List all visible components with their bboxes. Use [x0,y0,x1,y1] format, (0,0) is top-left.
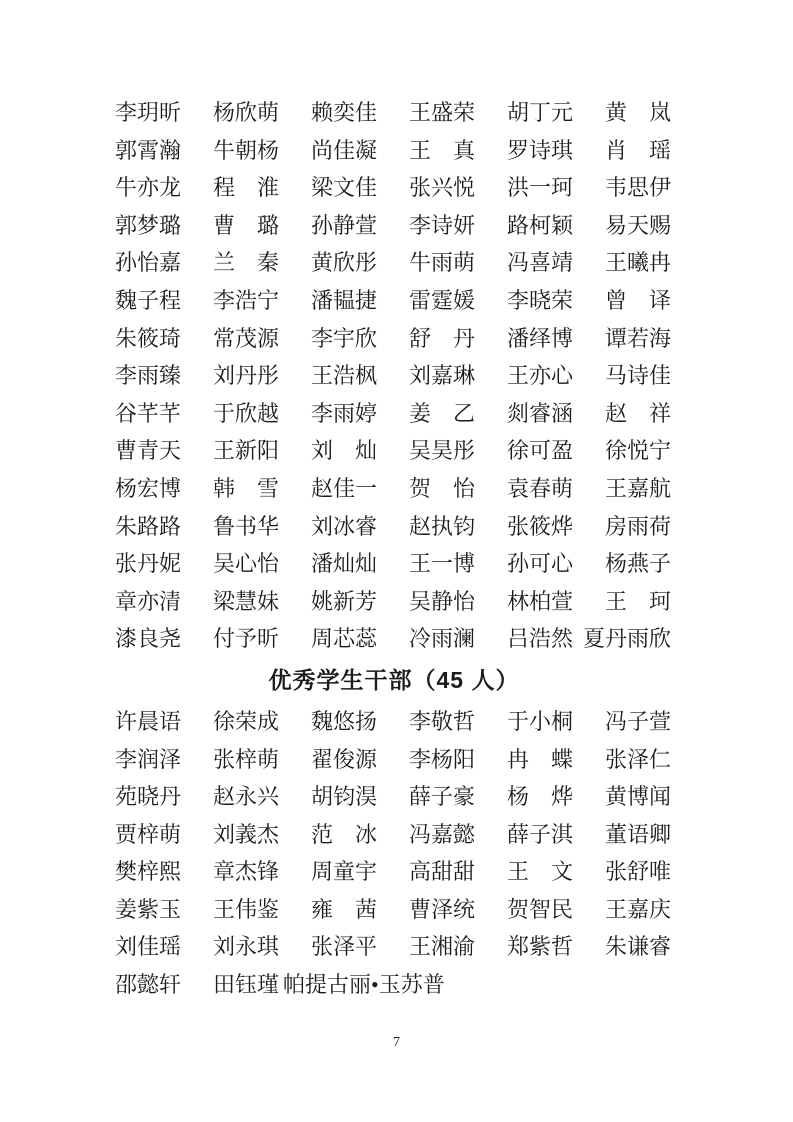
student-name: 朱谦睿 [605,935,671,959]
student-name: 张丹妮 [115,552,181,576]
student-name: 梁文佳 [311,176,377,200]
student-name: 吕浩然 [507,627,573,651]
student-name: 于欣越 [213,402,279,426]
student-name: 王一博 [409,552,475,576]
student-name: 曹青天 [115,439,181,463]
student-name: 黄博闻 [605,785,671,809]
student-name: 贺智民 [507,898,573,922]
student-name: 魏悠扬 [311,710,377,734]
student-name: 雍 茜 [311,898,377,922]
student-name: 周童宇 [311,860,377,884]
student-name: 赵执钧 [409,515,475,539]
student-name: 郭霄瀚 [115,139,181,163]
student-name: 孙怡嘉 [115,251,181,275]
name-row: 李润泽张梓萌翟俊源李杨阳冉 蝶张泽仁 [115,748,673,786]
student-name: 王浩枫 [311,364,377,388]
student-name: 刘冰睿 [311,515,377,539]
student-name: 洪一珂 [507,176,573,200]
name-row: 李玥昕杨欣萌赖奕佳王盛荣胡丁元黄 岚 [115,101,673,139]
student-name: 章杰锋 [213,860,279,884]
student-name: 韦思伊 [605,176,671,200]
student-name: 袁春萌 [507,477,573,501]
student-name: 杨燕子 [605,552,671,576]
student-name: 樊梓熙 [115,860,181,884]
name-row: 郭梦璐曹 璐孙静萱李诗妍路柯颖易天赐 [115,214,673,252]
student-name: 薛子豪 [409,785,475,809]
student-name: 胡丁元 [507,101,573,125]
student-name: 刘 灿 [311,439,377,463]
student-name: 章亦清 [115,590,181,614]
student-name: 路柯颖 [507,214,573,238]
student-name: 杨 烨 [507,785,573,809]
student-name: 王 文 [507,860,573,884]
student-name: 于小桐 [507,710,573,734]
name-row: 邵懿轩田钰瑾帕提古丽•玉苏普 [115,973,673,1011]
student-name: 剡睿涵 [507,402,573,426]
name-row: 刘佳瑶刘永琪张泽平王湘渝郑紫哲朱谦睿 [115,935,673,973]
student-name: 付予昕 [213,627,279,651]
name-row: 章亦清梁慧妹姚新芳吴静怡林柏萱王 珂 [115,590,673,628]
name-row: 姜紫玉王伟鉴雍 茜曹泽统贺智民王嘉庆 [115,898,673,936]
student-name: 田钰瑾 [213,973,279,997]
name-list-top: 李玥昕杨欣萌赖奕佳王盛荣胡丁元黄 岚郭霄瀚牛朝杨尚佳凝王 真罗诗琪肖 瑶牛亦龙程… [115,101,673,665]
student-name: 易天赐 [605,214,671,238]
student-name: 林柏萱 [507,590,573,614]
student-name: 赖奕佳 [311,101,377,125]
name-row: 孙怡嘉兰 秦黄欣彤牛雨萌冯喜靖王曦冉 [115,251,673,289]
student-name: 徐悦宁 [605,439,671,463]
student-name: 黄 岚 [605,101,671,125]
student-name: 黄欣彤 [311,251,377,275]
student-name: 漆良尧 [115,627,181,651]
student-name: 冯嘉懿 [409,823,475,847]
name-row: 曹青天王新阳刘 灿吴昊彤徐可盈徐悦宁 [115,439,673,477]
student-name: 刘丹彤 [213,364,279,388]
student-name: 刘義杰 [213,823,279,847]
student-name: 许晨语 [115,710,181,734]
student-name: 魏子程 [115,289,181,313]
student-name: 刘佳瑶 [115,935,181,959]
student-name: 杨欣萌 [213,101,279,125]
student-name: 谷芊芊 [115,402,181,426]
student-name: 牛朝杨 [213,139,279,163]
student-name: 王 珂 [605,590,671,614]
name-row: 郭霄瀚牛朝杨尚佳凝王 真罗诗琪肖 瑶 [115,139,673,177]
student-name: 张泽仁 [605,748,671,772]
student-name: 李雨臻 [115,364,181,388]
student-name: 潘灿灿 [311,552,377,576]
student-name: 夏丹雨欣 [583,627,671,651]
student-name: 王亦心 [507,364,573,388]
student-name: 舒 丹 [409,327,475,351]
student-name: 徐荣成 [213,710,279,734]
student-name: 冯喜靖 [507,251,573,275]
student-name: 李宇欣 [311,327,377,351]
student-name: 刘永琪 [213,935,279,959]
name-row: 漆良尧付予昕周芯蕊冷雨澜吕浩然夏丹雨欣 [115,627,673,665]
name-list-outstanding-student-cadres: 许晨语徐荣成魏悠扬李敬哲于小桐冯子萱李润泽张梓萌翟俊源李杨阳冉 蝶张泽仁苑晓丹赵… [115,710,673,1011]
student-name: 徐可盈 [507,439,573,463]
student-name: 刘嘉琳 [409,364,475,388]
student-name: 周芯蕊 [311,627,377,651]
student-name: 吴静怡 [409,590,475,614]
student-name: 牛亦龙 [115,176,181,200]
student-name: 潘韫捷 [311,289,377,313]
student-name: 冯子萱 [605,710,671,734]
student-name: 贾梓萌 [115,823,181,847]
student-name: 潘绎博 [507,327,573,351]
page-number: 7 [0,1035,793,1051]
student-name: 赵 祥 [605,402,671,426]
student-name: 张兴悦 [409,176,475,200]
name-row: 樊梓熙章杰锋周童宇高甜甜王 文张舒唯 [115,860,673,898]
student-name: 苑晓丹 [115,785,181,809]
student-name: 鲁书华 [213,515,279,539]
student-name: 王湘渝 [409,935,475,959]
student-name: 李诗妍 [409,214,475,238]
student-name: 王 真 [409,139,475,163]
student-name: 胡钧淏 [311,785,377,809]
student-name: 姚新芳 [311,590,377,614]
name-row: 谷芊芊于欣越李雨婷姜 乙剡睿涵赵 祥 [115,402,673,440]
student-name: 朱筱琦 [115,327,181,351]
student-name: 罗诗琪 [507,139,573,163]
student-name: 谭若海 [605,327,671,351]
student-name: 翟俊源 [311,748,377,772]
name-row: 张丹妮吴心怡潘灿灿王一博孙可心杨燕子 [115,552,673,590]
page-content: 李玥昕杨欣萌赖奕佳王盛荣胡丁元黄 岚郭霄瀚牛朝杨尚佳凝王 真罗诗琪肖 瑶牛亦龙程… [115,101,673,1011]
name-row: 朱路路鲁书华刘冰睿赵执钧张筱烨房雨荷 [115,515,673,553]
student-name: 尚佳凝 [311,139,377,163]
student-name: 姜紫玉 [115,898,181,922]
student-name: 赵佳一 [311,477,377,501]
student-name: 梁慧妹 [213,590,279,614]
student-name: 曾 译 [605,289,671,313]
name-row: 牛亦龙程 淮梁文佳张兴悦洪一珂韦思伊 [115,176,673,214]
student-name: 李敬哲 [409,710,475,734]
name-row: 朱筱琦常茂源李宇欣舒 丹潘绎博谭若海 [115,327,673,365]
student-name: 孙静萱 [311,214,377,238]
student-name: 张舒唯 [605,860,671,884]
student-name: 董语卿 [605,823,671,847]
student-name: 朱路路 [115,515,181,539]
name-row: 魏子程李浩宁潘韫捷雷霆媛李晓荣曾 译 [115,289,673,327]
student-name: 张梓萌 [213,748,279,772]
student-name: 韩 雪 [213,477,279,501]
name-row: 许晨语徐荣成魏悠扬李敬哲于小桐冯子萱 [115,710,673,748]
student-name: 王盛荣 [409,101,475,125]
document-page: 李玥昕杨欣萌赖奕佳王盛荣胡丁元黄 岚郭霄瀚牛朝杨尚佳凝王 真罗诗琪肖 瑶牛亦龙程… [0,0,793,1122]
student-name: 李雨婷 [311,402,377,426]
student-name: 高甜甜 [409,860,475,884]
student-name: 王伟鉴 [213,898,279,922]
student-name: 兰 秦 [213,251,279,275]
student-name: 曹泽统 [409,898,475,922]
name-row: 李雨臻刘丹彤王浩枫刘嘉琳王亦心马诗佳 [115,364,673,402]
student-name: 常茂源 [213,327,279,351]
student-name: 姜 乙 [409,402,475,426]
student-name: 邵懿轩 [115,973,181,997]
student-name: 杨宏博 [115,477,181,501]
student-name: 赵永兴 [213,785,279,809]
student-name: 房雨荷 [605,515,671,539]
section-heading: 优秀学生干部（45 人） [115,667,673,693]
student-name: 李润泽 [115,748,181,772]
student-name: 李玥昕 [115,101,181,125]
student-name: 王新阳 [213,439,279,463]
student-name: 冷雨澜 [409,627,475,651]
student-name: 王曦冉 [605,251,671,275]
student-name: 贺 怡 [409,477,475,501]
student-name: 张筱烨 [507,515,573,539]
student-name: 吴昊彤 [409,439,475,463]
student-name: 马诗佳 [605,364,671,388]
student-name: 冉 蝶 [507,748,573,772]
student-name: 曹 璐 [213,214,279,238]
student-name: 王嘉庆 [605,898,671,922]
student-name: 孙可心 [507,552,573,576]
name-row: 苑晓丹赵永兴胡钧淏薛子豪杨 烨黄博闻 [115,785,673,823]
student-name: 薛子淇 [507,823,573,847]
name-row: 贾梓萌刘義杰范 冰冯嘉懿薛子淇董语卿 [115,823,673,861]
student-name: 雷霆媛 [409,289,475,313]
student-name: 范 冰 [311,823,377,847]
student-name: 郑紫哲 [507,935,573,959]
student-name: 牛雨萌 [409,251,475,275]
student-name: 吴心怡 [213,552,279,576]
student-name: 李杨阳 [409,748,475,772]
student-name: 肖 瑶 [605,139,671,163]
student-name: 王嘉航 [605,477,671,501]
student-name: 李浩宁 [213,289,279,313]
student-name: 郭梦璐 [115,214,181,238]
name-row: 杨宏博韩 雪赵佳一贺 怡袁春萌王嘉航 [115,477,673,515]
student-name: 张泽平 [311,935,377,959]
student-name: 李晓荣 [507,289,573,313]
student-name: 帕提古丽•玉苏普 [283,973,445,997]
student-name: 程 淮 [213,176,279,200]
